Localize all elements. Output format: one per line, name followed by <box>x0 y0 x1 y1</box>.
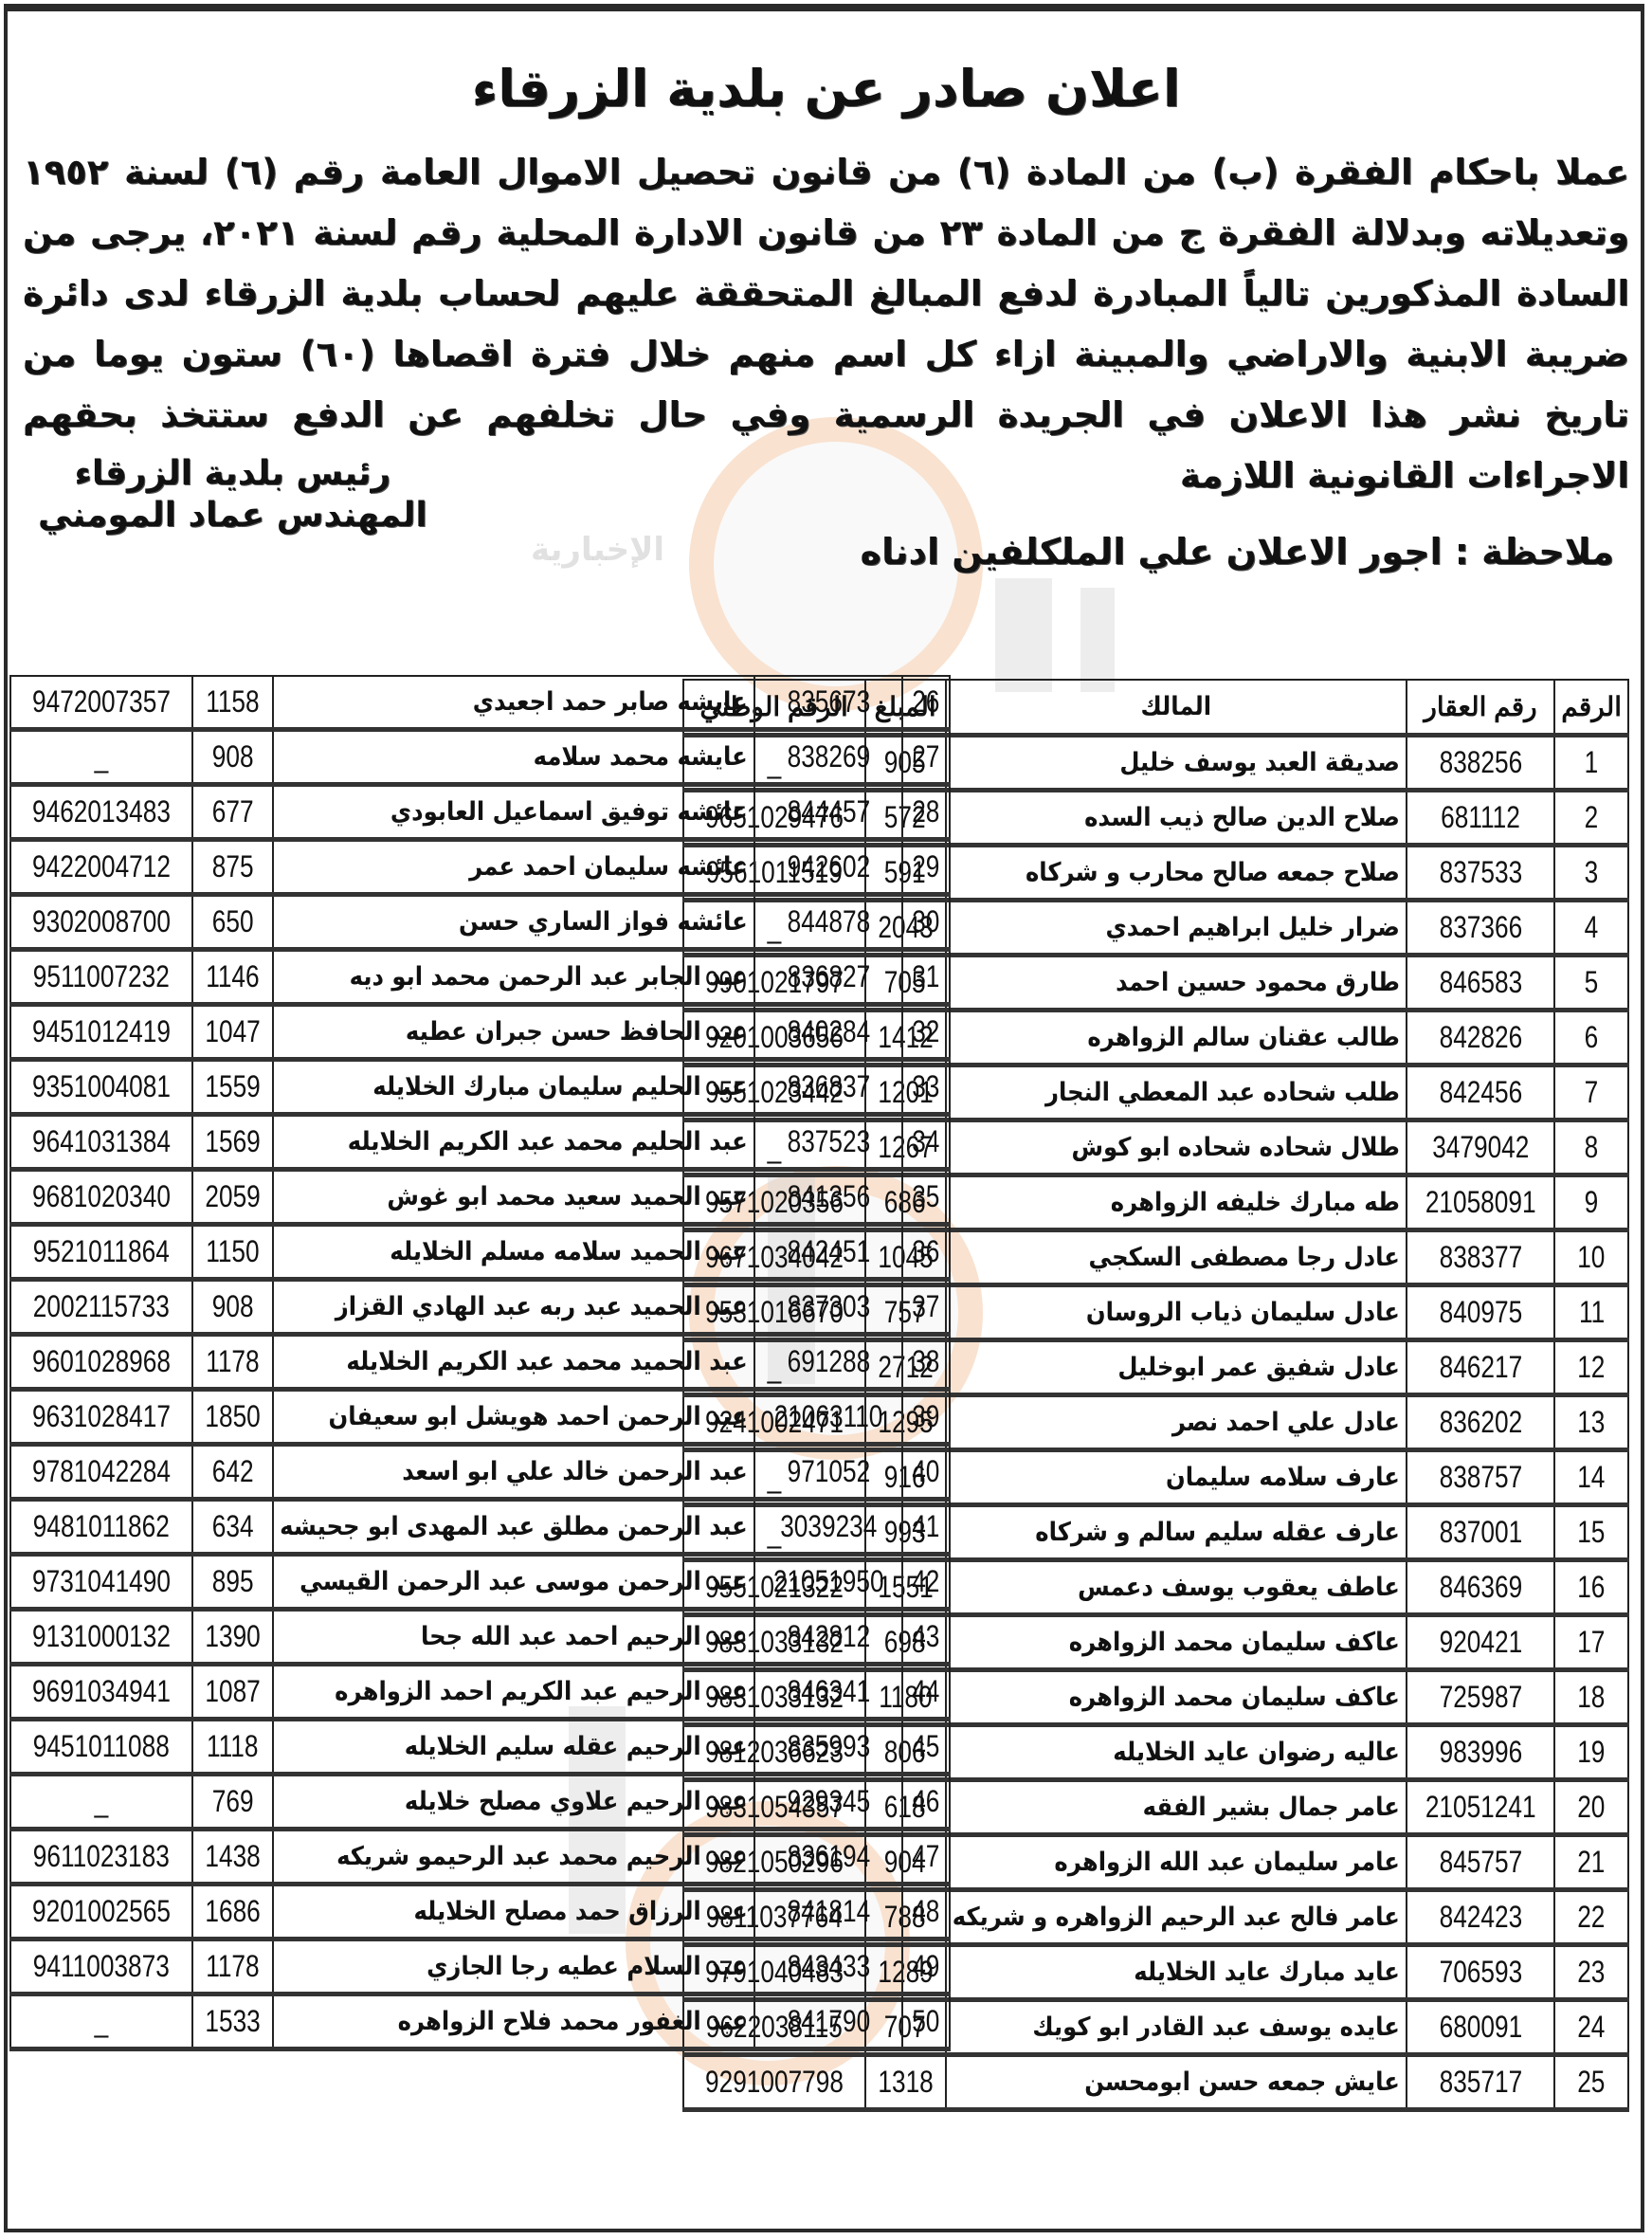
cell-amount-value: 1118 <box>207 1729 258 1764</box>
cell-owner-value: عارف عقله سليم سالم و شركاه <box>1035 1518 1400 1547</box>
cell-national-id: 9422004712 <box>10 840 192 895</box>
cell-property-value: 837533 <box>1439 855 1522 890</box>
cell-owner: عايد مبارك عايد الخلايله <box>946 1945 1407 2000</box>
cell-no: 26 <box>902 676 950 730</box>
cell-owner: عبد الحافظ حسن جبران عطيه <box>273 1005 754 1060</box>
cell-property: 971052 <box>754 1445 902 1500</box>
cell-no: 29 <box>902 840 950 895</box>
cell-owner-value: عائشه سليمان احمد عمر <box>469 852 748 882</box>
cell-property-value: 840975 <box>1439 1295 1522 1330</box>
signature-name: المهندس عماد المومني <box>38 495 427 537</box>
cell-national-id: 9302008700 <box>10 895 192 950</box>
cell-no: 12 <box>1554 1340 1628 1395</box>
cell-owner: عاكف سليمان محمد الزواهره <box>946 1615 1407 1670</box>
cell-owner-value: عايشه صابر حمد اجعيدي <box>473 687 748 717</box>
table-row: 31836827عبد الجابر عبد الرحمن محمد ابو د… <box>10 950 950 1005</box>
cell-owner-value: عبد الرحيم احمد عبد الله جحا <box>421 1622 748 1651</box>
cell-amount: 1146 <box>192 950 273 1005</box>
cell-property-value: 691288 <box>787 1344 870 1379</box>
cell-national-id-value: 9731041490 <box>32 1564 171 1599</box>
cell-owner-value: عبد الرحيم علاوي مصلح خلايله <box>405 1787 748 1816</box>
cell-property: 3039234 <box>754 1500 902 1555</box>
cell-national-id: 9451012419 <box>10 1005 192 1060</box>
cell-no: 8 <box>1554 1120 1628 1175</box>
cell-property: 838256 <box>1407 736 1554 791</box>
cell-owner-value: عامر جمال بشير الفقه <box>1143 1793 1400 1822</box>
cell-property: 845757 <box>1407 1835 1554 1890</box>
cell-no-value: 33 <box>912 1069 939 1104</box>
table-row: 25835717عايش جمعه حسن ابومحسن13189291007… <box>683 2055 1628 2110</box>
cell-owner-value: عبد الحميد محمد عبد الكريم الخلايله <box>346 1347 747 1376</box>
cell-owner: عبد الحليم محمد عبد الكريم الخلايله <box>273 1115 754 1170</box>
cell-national-id-value: 9611023183 <box>33 1839 170 1874</box>
cell-amount: 875 <box>192 840 273 895</box>
cell-national-id-value: 2002115733 <box>33 1289 170 1324</box>
notice-body: عملا باحكام الفقرة (ب) من المادة (٦) من … <box>23 142 1629 506</box>
cell-property: 836202 <box>1407 1395 1554 1450</box>
cell-property-value: 844878 <box>787 904 870 939</box>
cell-national-id: 9521011864 <box>10 1225 192 1280</box>
cell-property: 841356 <box>754 1170 902 1225</box>
cell-property: 835717 <box>1407 2055 1554 2110</box>
cell-property: 842456 <box>1407 1065 1554 1120</box>
cell-owner-value: عايشه محمد سلامه <box>534 742 748 772</box>
cell-owner: عبد الرزاق حمد مصلح الخلايله <box>273 1885 754 1940</box>
cell-owner: طه مبارك خليفه الزواهره <box>946 1175 1407 1230</box>
cell-property: 836837 <box>754 1060 902 1115</box>
table-row: 35841356عبد الحميد سعيد محمد ابو غوش2059… <box>10 1170 950 1225</box>
cell-no-value: 37 <box>912 1289 939 1324</box>
cell-property-value: 3479042 <box>1432 1130 1529 1165</box>
cell-national-id: 9201002565 <box>10 1885 192 1940</box>
table-row: 47836194عبد الرحيم محمد عبد الرحيمو شريك… <box>10 1830 950 1885</box>
cell-no-value: 18 <box>1578 1680 1606 1715</box>
cell-property-value: 725987 <box>1439 1680 1522 1715</box>
cell-property: 842423 <box>1407 1890 1554 1945</box>
cell-amount-value: 908 <box>212 1289 254 1324</box>
cell-owner: طالب عقنان سالم الزواهره <box>946 1011 1407 1065</box>
table-row: 28844457عائشه توفيق اسماعيل العابودي6779… <box>10 785 950 840</box>
cell-amount-value: 650 <box>212 904 254 939</box>
cell-amount: 1318 <box>865 2055 946 2110</box>
cell-national-id-value: _ <box>95 1784 109 1819</box>
header-property: رقم العقار <box>1407 680 1554 736</box>
cell-amount: 1158 <box>192 676 273 730</box>
cell-no-value: 24 <box>1578 2010 1606 2045</box>
cell-owner: عبد الحليم سليمان مبارك الخلايله <box>273 1060 754 1115</box>
header-no: الرقم <box>1554 680 1628 736</box>
cell-property: 841790 <box>754 1994 902 2049</box>
cell-property: 840284 <box>754 1005 902 1060</box>
table-row: 30844878عائشه فواز الساري حسن65093020087… <box>10 895 950 950</box>
cell-property: 838757 <box>1407 1450 1554 1505</box>
cell-amount-value: 1047 <box>205 1014 260 1049</box>
cell-property: 21063110 <box>754 1390 902 1445</box>
cell-no-value: 30 <box>912 904 939 939</box>
table-row: 44846341عبد الرحيم عبد الكريم احمد الزوا… <box>10 1665 950 1720</box>
cell-owner-value: عائشه توفيق اسماعيل العابودي <box>390 797 748 827</box>
cell-property: 929345 <box>754 1775 902 1830</box>
cell-no: 17 <box>1554 1615 1628 1670</box>
cell-owner-value: عبد الرحمن احمد هويشل ابو سعيفان <box>328 1402 747 1431</box>
table-row: 48841814عبد الرزاق حمد مصلح الخلايله1686… <box>10 1885 950 1940</box>
cell-national-id: 9411003873 <box>10 1940 192 1994</box>
cell-no-value: 20 <box>1578 1790 1606 1825</box>
cell-property-value: 836194 <box>787 1839 870 1874</box>
cell-no-value: 12 <box>1578 1350 1606 1385</box>
cell-property-value: 838757 <box>1439 1460 1522 1495</box>
cell-owner: عايش جمعه حسن ابومحسن <box>946 2055 1407 2110</box>
cell-property-value: 843433 <box>787 1949 870 1984</box>
cell-no: 47 <box>902 1830 950 1885</box>
cell-property: 706593 <box>1407 1945 1554 2000</box>
cell-owner-value: طارق محمود حسين احمد <box>1116 968 1400 997</box>
cell-property: 691288 <box>754 1335 902 1390</box>
cell-property-value: 837523 <box>787 1124 870 1159</box>
cell-property-value: 836837 <box>787 1069 870 1104</box>
cell-national-id: 9781042284 <box>10 1445 192 1500</box>
cell-property: 3479042 <box>1407 1120 1554 1175</box>
cell-no: 22 <box>1554 1890 1628 1945</box>
cell-amount: 1047 <box>192 1005 273 1060</box>
cell-no-value: 26 <box>912 684 939 719</box>
cell-property: 725987 <box>1407 1670 1554 1725</box>
cell-owner-value: عاكف سليمان محمد الزواهره <box>1069 1628 1400 1657</box>
cell-owner: عبد الحميد عبد ربه عبد الهادي القزاز <box>273 1280 754 1335</box>
cell-no: 15 <box>1554 1505 1628 1560</box>
cell-owner-value: عاطف يعقوب يوسف دعمس <box>1078 1573 1400 1602</box>
cell-owner: عبد الحميد سعيد محمد ابو غوش <box>273 1170 754 1225</box>
cell-property: 843433 <box>754 1940 902 1994</box>
cell-property: 846341 <box>754 1665 902 1720</box>
cell-owner-value: عبد الحميد عبد ربه عبد الهادي القزاز <box>336 1292 748 1321</box>
cell-property-value: 842423 <box>1439 1900 1522 1935</box>
cell-amount: 1118 <box>192 1720 273 1775</box>
cell-national-id-value: 9481011862 <box>33 1509 170 1544</box>
cell-property-value: 681112 <box>1441 800 1520 835</box>
cell-no-value: 15 <box>1578 1515 1606 1550</box>
cell-no-value: 44 <box>912 1674 939 1709</box>
cell-property-value: 845757 <box>1439 1845 1522 1880</box>
cell-no-value: 45 <box>912 1729 939 1764</box>
cell-owner: عائشه فواز الساري حسن <box>273 895 754 950</box>
cell-amount-value: 1087 <box>205 1674 260 1709</box>
cell-no: 42 <box>902 1555 950 1610</box>
cell-no: 24 <box>1554 2000 1628 2055</box>
cell-owner: عامر سليمان عبد الله الزواهره <box>946 1835 1407 1890</box>
cell-property-value: 838256 <box>1439 745 1522 780</box>
cell-national-id: 9731041490 <box>10 1555 192 1610</box>
cell-owner: عائشه توفيق اسماعيل العابودي <box>273 785 754 840</box>
cell-amount: 895 <box>192 1555 273 1610</box>
cell-no-value: 5 <box>1585 965 1599 1000</box>
cell-national-id-value: 9451012419 <box>32 1014 171 1049</box>
cell-property-value: 841814 <box>787 1894 870 1929</box>
cell-national-id-value: 9451011088 <box>33 1729 170 1764</box>
cell-no-value: 49 <box>912 1949 939 1984</box>
cell-national-id: 9472007357 <box>10 676 192 730</box>
cell-property-value: 680091 <box>1439 2010 1522 2045</box>
cell-property: 840975 <box>1407 1285 1554 1340</box>
cell-property: 837303 <box>754 1280 902 1335</box>
cell-property: 844878 <box>754 895 902 950</box>
cell-owner-value: عبد الجابر عبد الرحمن محمد ابو ديه <box>350 962 748 992</box>
cell-national-id: _ <box>10 1994 192 2049</box>
cell-owner: عادل علي احمد نصر <box>946 1395 1407 1450</box>
cell-property: 846217 <box>1407 1340 1554 1395</box>
cell-amount-value: 642 <box>212 1454 254 1489</box>
cell-amount-value: 875 <box>212 849 254 884</box>
cell-amount: 677 <box>192 785 273 840</box>
cell-property: 841814 <box>754 1885 902 1940</box>
cell-national-id-value: 9691034941 <box>32 1674 171 1709</box>
cell-no-value: 22 <box>1578 1900 1606 1935</box>
cell-no: 40 <box>902 1445 950 1500</box>
cell-no: 1 <box>1554 736 1628 791</box>
cell-owner-value: عادل شفيق عمر ابوخليل <box>1117 1353 1399 1382</box>
cell-national-id: 9131000132 <box>10 1610 192 1665</box>
cell-property-value: 844457 <box>787 794 870 829</box>
cell-amount: 1850 <box>192 1390 273 1445</box>
cell-property: 942602 <box>754 840 902 895</box>
cell-national-id: 9611023183 <box>10 1830 192 1885</box>
table-row: 4221051950عبد الرحمن موسى عبد الرحمن الق… <box>10 1555 950 1610</box>
cell-property-value: 842826 <box>1439 1020 1522 1055</box>
cell-national-id: 9481011862 <box>10 1500 192 1555</box>
cell-national-id-value: 9472007357 <box>32 684 171 719</box>
cell-owner-value: صلاح الدين صالح ذيب السده <box>1084 803 1400 832</box>
cell-owner: عامر فالح عبد الرحيم الزواهره و شريكه <box>946 1890 1407 1945</box>
cell-amount: 1178 <box>192 1335 273 1390</box>
cell-owner: طلال شحاده شحاده ابو كوش <box>946 1120 1407 1175</box>
table-row: 33836837عبد الحليم سليمان مبارك الخلايله… <box>10 1060 950 1115</box>
cell-owner-value: طه مبارك خليفه الزواهره <box>1111 1188 1400 1217</box>
cell-property-value: 842451 <box>787 1234 870 1269</box>
cell-property-value: 846341 <box>787 1674 870 1709</box>
cell-amount: 642 <box>192 1445 273 1500</box>
cell-no-value: 23 <box>1578 1955 1606 1990</box>
cell-no: 46 <box>902 1775 950 1830</box>
cell-national-id: 9601028968 <box>10 1335 192 1390</box>
cell-property-value: 837303 <box>787 1289 870 1324</box>
cell-property-value: 842456 <box>1439 1075 1522 1110</box>
cell-property-value: 835717 <box>1439 2065 1522 2100</box>
cell-owner: عادل شفيق عمر ابوخليل <box>946 1340 1407 1395</box>
cell-property-value: 840284 <box>787 1014 870 1049</box>
cell-property: 837533 <box>1407 846 1554 901</box>
cell-property: 844457 <box>754 785 902 840</box>
cell-national-id-value: 9511007232 <box>33 959 170 994</box>
cell-no-value: 6 <box>1585 1020 1599 1055</box>
notice-title: اعلان صادر عن بلدية الزرقاء <box>0 59 1652 118</box>
cell-national-id-value: 9291007798 <box>705 2065 844 2100</box>
cell-owner: عامر جمال بشير الفقه <box>946 1780 1407 1835</box>
cell-property: 836827 <box>754 950 902 1005</box>
cell-amount: 1390 <box>192 1610 273 1665</box>
cell-no-value: 43 <box>912 1619 939 1654</box>
cell-owner-value: صديقة العبد يوسف خليل <box>1119 748 1399 777</box>
cell-owner-value: طلب شحاده عبد المعطي النجار <box>1045 1078 1400 1107</box>
cell-owner-value: ضرار خليل ابراهيم احمدي <box>1105 913 1399 942</box>
cell-no-value: 2 <box>1585 800 1599 835</box>
cell-amount-value: 895 <box>212 1564 254 1599</box>
cell-property-value: 920421 <box>1439 1625 1522 1660</box>
cell-property-value: 971052 <box>787 1454 870 1489</box>
cell-no: 9 <box>1554 1175 1628 1230</box>
cell-national-id-value: 9131000132 <box>32 1619 171 1654</box>
signature-block: رئيس بلدية الزرقاء المهندس عماد المومني <box>38 453 427 537</box>
cell-no-value: 3 <box>1585 855 1599 890</box>
cell-national-id: _ <box>10 730 192 785</box>
table-row: 34837523عبد الحليم محمد عبد الكريم الخلا… <box>10 1115 950 1170</box>
cell-no-value: 11 <box>1578 1295 1604 1330</box>
cell-no: 39 <box>902 1390 950 1445</box>
cell-amount-value: 1438 <box>205 1839 260 1874</box>
cell-owner: عايشه صابر حمد اجعيدي <box>273 676 754 730</box>
cell-no-value: 41 <box>912 1509 939 1544</box>
table-row: 38691288عبد الحميد محمد عبد الكريم الخلا… <box>10 1335 950 1390</box>
cell-no: 27 <box>902 730 950 785</box>
cell-amount-value: 1318 <box>878 2065 933 2100</box>
cell-no-value: 1 <box>1585 745 1599 780</box>
cell-owner: عادل رجا مصطفى السكجي <box>946 1230 1407 1285</box>
cell-property: 681112 <box>1407 791 1554 846</box>
cell-no-value: 36 <box>912 1234 939 1269</box>
cell-amount-value: 1146 <box>206 959 259 994</box>
cell-national-id: 9631028417 <box>10 1390 192 1445</box>
cell-owner-value: عبد الرحمن خالد علي ابو اسعد <box>402 1457 747 1486</box>
cell-national-id: 9291007798 <box>683 2055 865 2110</box>
cell-owner-value: عبد الحليم محمد عبد الكريم الخلايله <box>348 1127 748 1156</box>
cell-no-value: 25 <box>1578 2065 1606 2100</box>
cell-no-value: 38 <box>912 1344 939 1379</box>
cell-amount-value: 769 <box>212 1784 254 1819</box>
cell-national-id: _ <box>10 1775 192 1830</box>
cell-property-value: 846217 <box>1439 1350 1522 1385</box>
cell-no: 13 <box>1554 1395 1628 1450</box>
cell-owner: عايشه محمد سلامه <box>273 730 754 785</box>
cell-no-value: 39 <box>912 1399 939 1434</box>
cell-property: 836194 <box>754 1830 902 1885</box>
cell-no: 5 <box>1554 956 1628 1011</box>
cell-national-id-value: 9201002565 <box>32 1894 171 1929</box>
cell-amount: 769 <box>192 1775 273 1830</box>
cell-amount: 908 <box>192 730 273 785</box>
cell-no: 14 <box>1554 1450 1628 1505</box>
cell-no: 45 <box>902 1720 950 1775</box>
cell-amount: 1438 <box>192 1830 273 1885</box>
cell-national-id-value: 9631028417 <box>32 1399 171 1434</box>
cell-owner-value: عاكف سليمان محمد الزواهره <box>1069 1683 1400 1712</box>
cell-no: 41 <box>902 1500 950 1555</box>
cell-no-value: 31 <box>912 959 939 994</box>
cell-property-value: 3039234 <box>780 1509 877 1544</box>
notice-note: ملاحظة : اجور الاعلان علي الملكلفين ادنا… <box>861 531 1614 573</box>
cell-amount-value: 1390 <box>205 1619 260 1654</box>
cell-national-id: 9641031384 <box>10 1115 192 1170</box>
cell-property-value: 838269 <box>787 739 870 774</box>
header-owner: المالك <box>946 680 1407 736</box>
cell-owner: عاطف يعقوب يوسف دعمس <box>946 1560 1407 1615</box>
cell-owner: طلب شحاده عبد المعطي النجار <box>946 1065 1407 1120</box>
cell-no: 4 <box>1554 901 1628 956</box>
cell-no-value: 46 <box>912 1784 939 1819</box>
cell-owner: عبد الغفور محمد فلاح الزواهره <box>273 1994 754 2049</box>
cell-amount: 1569 <box>192 1115 273 1170</box>
cell-no: 6 <box>1554 1011 1628 1065</box>
cell-national-id: 9462013483 <box>10 785 192 840</box>
cell-amount-value: 1686 <box>205 1894 260 1929</box>
cell-amount: 2059 <box>192 1170 273 1225</box>
cell-national-id-value: 9521011864 <box>33 1234 170 1269</box>
cell-owner-value: عايده يوسف عبد القادر ابو كويك <box>1032 2012 1399 2042</box>
cell-owner-value: عاليه رضوان عايد الخلايله <box>1113 1738 1400 1767</box>
cell-property-value: 835673 <box>787 684 870 719</box>
cell-property: 842451 <box>754 1225 902 1280</box>
cell-no-value: 29 <box>912 849 939 884</box>
cell-property-value: 842812 <box>787 1619 870 1654</box>
cell-owner: ضرار خليل ابراهيم احمدي <box>946 901 1407 956</box>
cell-owner-value: طلال شحاده شحاده ابو كوش <box>1071 1133 1399 1162</box>
table-row: 49843433عبد السلام عطيه رجا الجازي117894… <box>10 1940 950 1994</box>
cell-no-value: 47 <box>912 1839 939 1874</box>
cell-owner: صلاح الدين صالح ذيب السده <box>946 791 1407 846</box>
cell-amount: 908 <box>192 1280 273 1335</box>
cell-no: 16 <box>1554 1560 1628 1615</box>
cell-no: 23 <box>1554 1945 1628 2000</box>
cell-owner: عبد الرحيم محمد عبد الرحيمو شريكه <box>273 1830 754 1885</box>
cell-property: 846369 <box>1407 1560 1554 1615</box>
cell-property: 838377 <box>1407 1230 1554 1285</box>
cell-no-value: 50 <box>912 2004 939 2039</box>
cell-no: 35 <box>902 1170 950 1225</box>
cell-owner: عايده يوسف عبد القادر ابو كويك <box>946 2000 1407 2055</box>
cell-no-value: 32 <box>912 1014 939 1049</box>
cell-property-value: 837366 <box>1439 910 1522 945</box>
cell-national-id: 9451011088 <box>10 1720 192 1775</box>
cell-national-id: 9681020340 <box>10 1170 192 1225</box>
cell-owner-value: عبد الرحمن مطلق عبد المهدى ابو جحيشه <box>280 1512 748 1541</box>
cell-owner: صديقة العبد يوسف خليل <box>946 736 1407 791</box>
cell-owner-value: عبد الحافظ حسن جبران عطيه <box>406 1017 748 1047</box>
cell-property-value: 836202 <box>1439 1405 1522 1440</box>
cell-property-value: 835993 <box>787 1729 870 1764</box>
cell-national-id-value: 9641031384 <box>32 1124 171 1159</box>
cell-owner-value: عبد السلام عطيه رجا الجازي <box>427 1952 748 1981</box>
cell-no: 2 <box>1554 791 1628 846</box>
cell-national-id: 9511007232 <box>10 950 192 1005</box>
cell-owner: عبد الرحيم عقله سليم الخلايله <box>273 1720 754 1775</box>
table-row: 45835993عبد الرحيم عقله سليم الخلايله111… <box>10 1720 950 1775</box>
cell-national-id-value: 9781042284 <box>32 1454 171 1489</box>
table-row: 29942602عائشه سليمان احمد عمر87594220047… <box>10 840 950 895</box>
cell-no-value: 27 <box>912 739 939 774</box>
cell-owner-value: عبد الرحمن موسى عبد الرحمن القيسي <box>300 1567 748 1596</box>
cell-owner: عبد الرحيم عبد الكريم احمد الزواهره <box>273 1665 754 1720</box>
table-row: 50841790عبد الغفور محمد فلاح الزواهره153… <box>10 1994 950 2049</box>
cell-owner-value: عبد الغفور محمد فلاح الزواهره <box>398 2007 748 2036</box>
cell-no: 18 <box>1554 1670 1628 1725</box>
cell-owner: عبد الرحمن خالد علي ابو اسعد <box>273 1445 754 1500</box>
cell-no: 11 <box>1554 1285 1628 1340</box>
cell-no-value: 35 <box>912 1179 939 1214</box>
cell-owner-value: عائشه فواز الساري حسن <box>459 907 748 937</box>
cell-amount: 1150 <box>192 1225 273 1280</box>
cell-owner: عارف سلامه سليمان <box>946 1450 1407 1505</box>
cell-no-value: 13 <box>1578 1405 1606 1440</box>
cell-no: 28 <box>902 785 950 840</box>
cell-amount-value: 1178 <box>206 1344 259 1379</box>
